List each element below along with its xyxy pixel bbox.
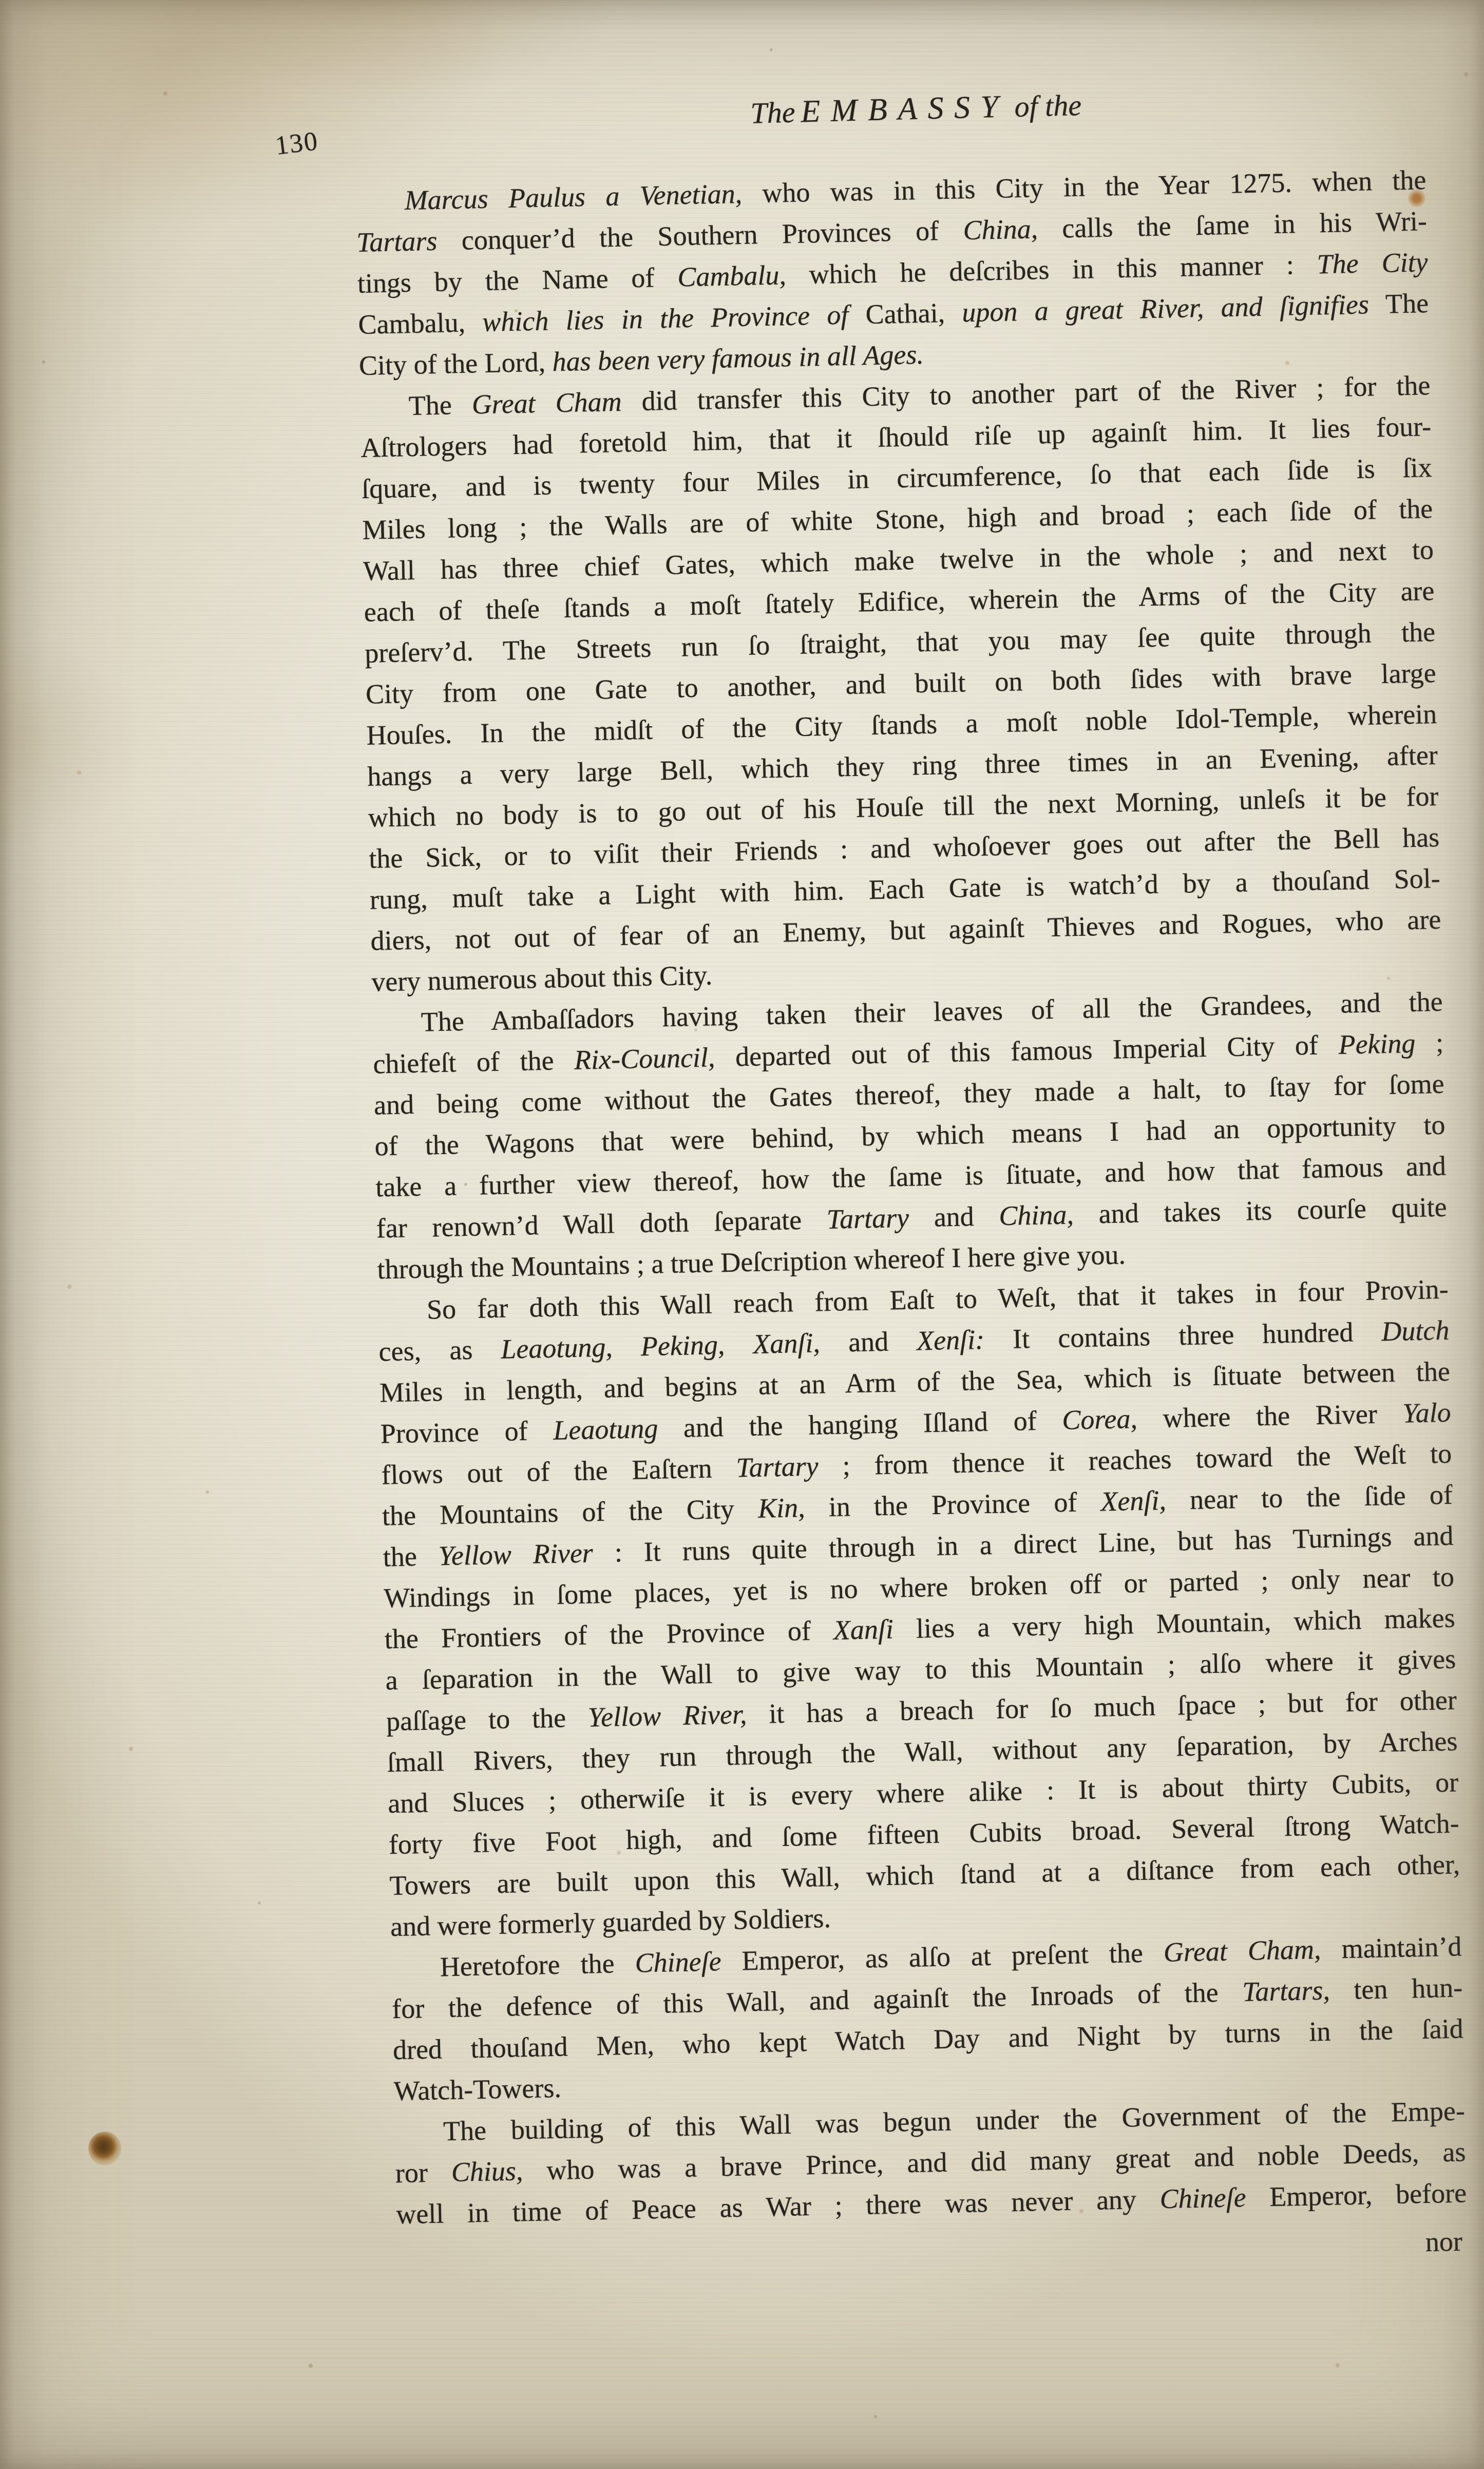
paper-specks bbox=[0, 0, 2, 2]
running-header-post: of the bbox=[1014, 88, 1082, 123]
foxing-dot bbox=[1408, 189, 1425, 208]
book-page-scan: 130 TheEMBASSYof the Marcus Paulus a Ven… bbox=[0, 0, 1484, 2469]
ink-stain-spot bbox=[88, 2132, 121, 2165]
running-header-pre: The bbox=[750, 96, 796, 130]
body-lines: Marcus Paulus a Venetian, who was in thi… bbox=[355, 159, 1467, 2235]
running-header: TheEMBASSYof the bbox=[641, 84, 1191, 134]
page-number: 130 bbox=[274, 126, 320, 161]
running-header-title: EMBASSY bbox=[801, 89, 1010, 129]
body-text-block: Marcus Paulus a Venetian, who was in thi… bbox=[355, 159, 1468, 2283]
